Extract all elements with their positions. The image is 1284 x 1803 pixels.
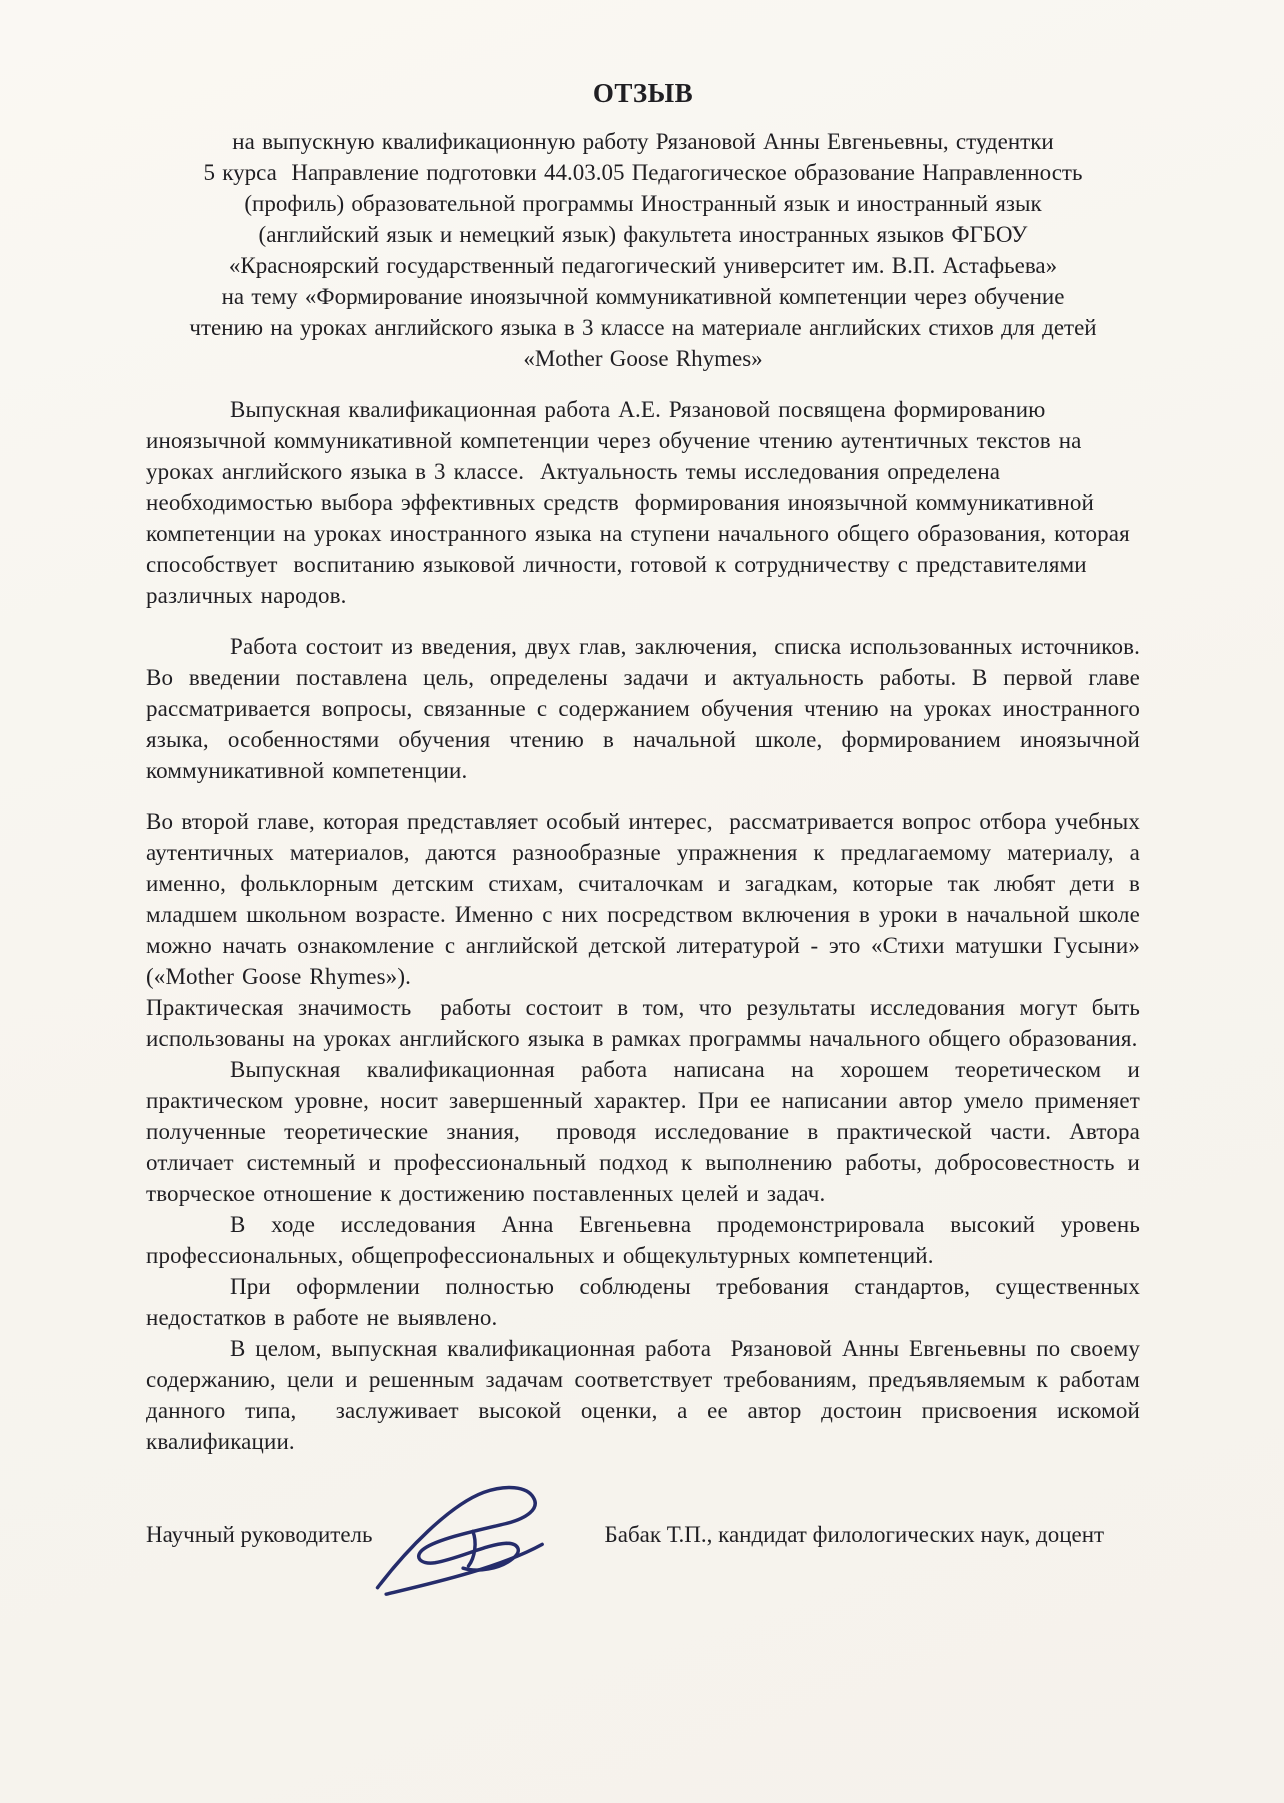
body-paragraph: При оформлении полностью соблюдены требо… bbox=[146, 1271, 1140, 1333]
signature-credentials: Бабак Т.П., кандидат филологических наук… bbox=[605, 1519, 1105, 1550]
body-paragraph: Выпускная квалификационная работа написа… bbox=[146, 1054, 1140, 1209]
header-line: (профиль) образовательной программы Инос… bbox=[146, 188, 1140, 219]
document-header-block: на выпускную квалификационную работу Ряз… bbox=[146, 126, 1140, 374]
document-content: ОТЗЫВ на выпускную квалификационную рабо… bbox=[146, 78, 1140, 1550]
body-paragraph: В целом, выпускная квалификационная рабо… bbox=[146, 1333, 1140, 1457]
body-paragraph: Во второй главе, которая представляет ос… bbox=[146, 806, 1140, 992]
signature-gap bbox=[373, 1519, 605, 1550]
body-paragraph: Работа состоит из введения, двух глав, з… bbox=[146, 631, 1140, 786]
header-line: «Красноярский государственный педагогиче… bbox=[146, 250, 1140, 281]
body-paragraph: Выпускная квалификационная работа А.Е. Р… bbox=[146, 394, 1140, 611]
header-line: на тему «Формирование иноязычной коммуни… bbox=[146, 281, 1140, 312]
header-line: «Mother Goose Rhymes» bbox=[146, 343, 1140, 374]
signature-label: Научный руководитель bbox=[146, 1519, 373, 1550]
signature-block: Научный руководитель Бабак Т.П., кандида… bbox=[146, 1519, 1140, 1550]
handwritten-signature-image bbox=[363, 1475, 613, 1605]
header-line: (английский язык и немецкий язык) факуль… bbox=[146, 219, 1140, 250]
header-line: на выпускную квалификационную работу Ряз… bbox=[146, 126, 1140, 157]
body-paragraph: Практическая значимость работы состоит в… bbox=[146, 992, 1140, 1054]
scanned-document-page: ОТЗЫВ на выпускную квалификационную рабо… bbox=[0, 0, 1284, 1803]
header-line: 5 курса Направление подготовки 44.03.05 … bbox=[146, 157, 1140, 188]
scan-left-edge-artifact bbox=[0, 0, 6, 1520]
document-title: ОТЗЫВ bbox=[146, 78, 1140, 109]
body-paragraph: В ходе исследования Анна Евгеньевна прод… bbox=[146, 1209, 1140, 1271]
header-line: чтению на уроках английского языка в 3 к… bbox=[146, 312, 1140, 343]
